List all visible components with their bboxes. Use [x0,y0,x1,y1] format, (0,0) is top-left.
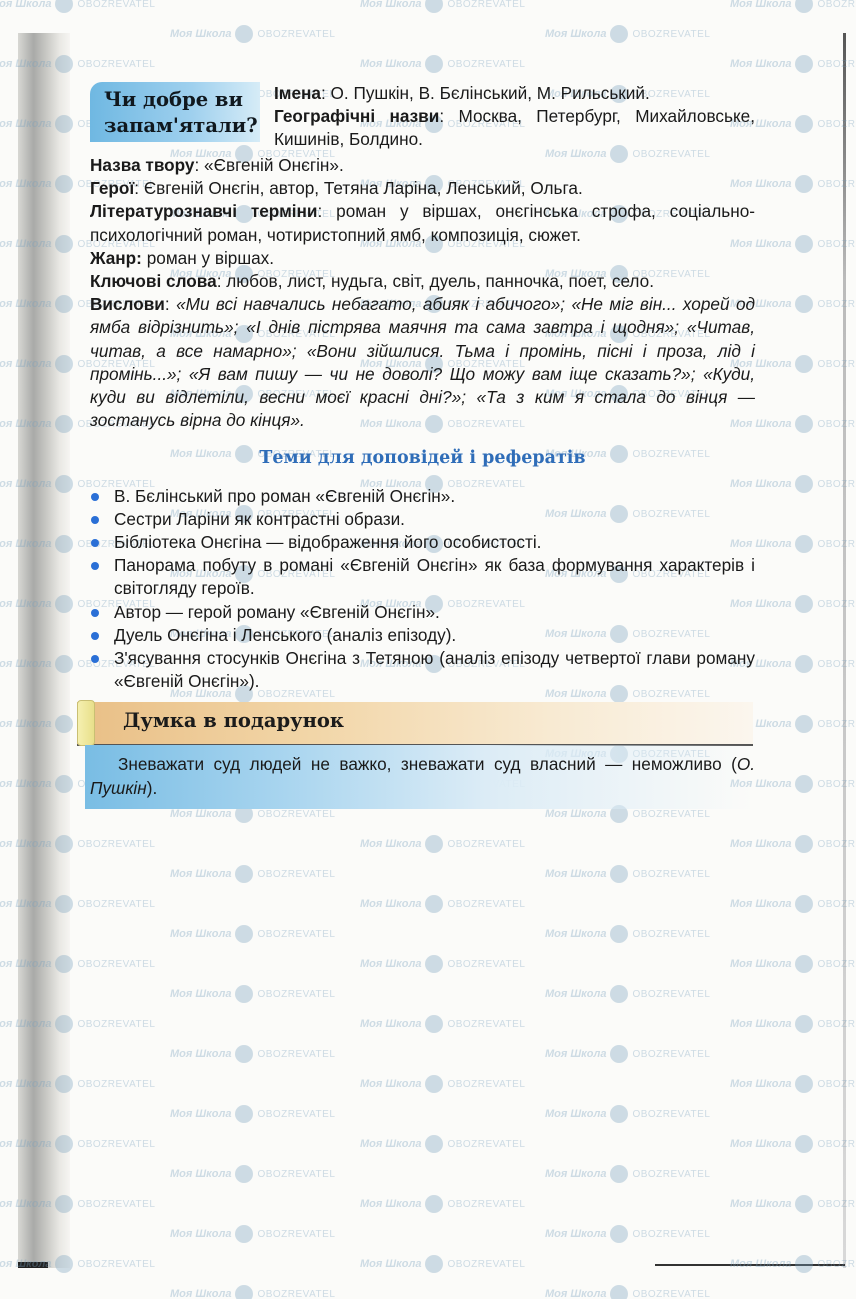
watermark: Моя ШколаOBOZREVATEL [730,0,856,13]
watermark: Моя ШколаOBOZREVATEL [170,1225,335,1243]
watermark-logo-icon [425,1135,443,1153]
watermark: Моя ШколаOBOZREVATEL [545,1045,710,1063]
watermark: Моя ШколаOBOZREVATEL [730,1195,856,1213]
watermark-logo-icon [795,655,813,673]
watermark-logo-icon [610,1165,628,1183]
watermark-logo-icon [235,1165,253,1183]
watermark-logo-icon [795,1135,813,1153]
watermark-logo-icon [795,55,813,73]
work-value: : «Євгеній Онєгін». [194,155,343,175]
page-bottom-line [655,1264,845,1266]
recall-title-line1: Чи добре ви [104,87,274,113]
topic-item: З'ясування стосунків Онєгіна з Тетяною (… [90,647,755,693]
watermark: Моя ШколаOBOZREVATEL [545,1165,710,1183]
topic-item: Сестри Ларіни як контрастні образи. [90,508,755,531]
watermark-logo-icon [425,1255,443,1273]
watermark-logo-icon [795,835,813,853]
page-content: Чи добре ви запам'ятали? Імена: О. Пушкі… [90,82,755,693]
watermark: Моя ШколаOBOZREVATEL [170,925,335,943]
watermark: Моя ШколаOBOZREVATEL [545,25,710,43]
topic-item: В. Бєлінський про роман «Євгеній Онєгін»… [90,485,755,508]
watermark-logo-icon [425,0,443,13]
bullet-icon [91,562,99,570]
watermark-logo-icon [795,1195,813,1213]
page-right-edge [843,33,846,1268]
watermark-logo-icon [610,865,628,883]
names-line: Імена: О. Пушкін, В. Бєлінський, М. Риль… [274,82,755,105]
watermark-logo-icon [610,1105,628,1123]
watermark-logo-icon [795,775,813,793]
watermark-logo-icon [610,25,628,43]
watermark: Моя ШколаOBOZREVATEL [170,1105,335,1123]
watermark-logo-icon [795,235,813,253]
keywords-label: Ключові слова [90,271,217,291]
watermark: Моя ШколаOBOZREVATEL [730,1015,856,1033]
watermark: Моя ШколаOBOZREVATEL [360,1255,525,1273]
watermark: Моя ШколаOBOZREVATEL [730,835,856,853]
bullet-icon [91,539,99,547]
watermark: Моя ШколаOBOZREVATEL [360,1075,525,1093]
topic-text: Бібліотека Онєгіна — відображення його о… [114,532,541,552]
watermark: Моя ШколаOBOZREVATEL [360,0,525,13]
recall-names-geo: Імена: О. Пушкін, В. Бєлінський, М. Риль… [274,82,755,152]
topic-item: Автор — герой роману «Євгеній Онєгін». [90,601,755,624]
recall-section: Чи добре ви запам'ятали? Імена: О. Пушкі… [90,82,755,154]
bullet-icon [91,516,99,524]
watermark-logo-icon [795,475,813,493]
watermark-logo-icon [795,1075,813,1093]
gift-quote: Зневажати суд людей не важко, зневажати … [90,753,755,800]
topic-text: Панорама побуту в романі «Євгеній Онєгін… [114,555,755,598]
work-line: Назва твору: «Євгеній Онєгін». [90,154,755,177]
bullet-icon [91,632,99,640]
watermark-logo-icon [425,1075,443,1093]
geo-label: Географічні назви [274,106,439,126]
topic-item: Дуель Онєгіна і Ленського (аналіз епізод… [90,624,755,647]
terms-label: Літературознавчі терміни [90,201,318,221]
watermark-logo-icon [610,925,628,943]
watermark-logo-icon [235,25,253,43]
watermark: Моя ШколаOBOZREVATEL [545,985,710,1003]
topic-item: Панорама побуту в романі «Євгеній Онєгін… [90,554,755,600]
scroll-icon [77,700,95,746]
genre-line: Жанр: роман у віршах. [90,247,755,270]
keywords-value: : любов, лист, нудьга, світ, дуель, панн… [217,271,654,291]
gift-quote-end: ). [147,778,158,798]
watermark: Моя ШколаOBOZREVATEL [360,835,525,853]
watermark-logo-icon [610,1225,628,1243]
terms-line: Літературознавчі терміни: роман у віршах… [90,200,755,246]
bullet-icon [91,609,99,617]
watermark-logo-icon [235,865,253,883]
watermark: Моя ШколаOBOZREVATEL [730,1075,856,1093]
watermark: Моя ШколаOBOZREVATEL [360,1195,525,1213]
watermark-logo-icon [235,1225,253,1243]
topic-text: Дуель Онєгіна і Ленського (аналіз епізод… [114,625,456,645]
watermark-logo-icon [795,0,813,13]
watermark-logo-icon [425,55,443,73]
watermark-logo-icon [795,175,813,193]
gift-quote-text: Зневажати суд людей не важко, зневажати … [118,754,737,774]
watermark-logo-icon [235,1105,253,1123]
watermark: Моя ШколаOBOZREVATEL [730,1135,856,1153]
watermark-logo-icon [795,295,813,313]
bullet-icon [91,493,99,501]
work-label: Назва твору [90,155,194,175]
quotes-separator: : [165,294,176,314]
watermark: Моя ШколаOBOZREVATEL [730,895,856,913]
watermark-logo-icon [795,895,813,913]
watermark: Моя ШколаOBOZREVATEL [545,1105,710,1123]
watermark-logo-icon [235,1285,253,1299]
topic-text: Сестри Ларіни як контрастні образи. [114,509,405,529]
watermark: Моя ШколаOBOZREVATEL [170,1045,335,1063]
watermark-logo-icon [795,415,813,433]
watermark: Моя ШколаOBOZREVATEL [545,1285,710,1299]
recall-title: Чи добре ви запам'ятали? [104,87,274,139]
watermark-logo-icon [795,535,813,553]
gift-title: Думка в подарунок [123,709,344,732]
heroes-line: Герої: Євгеній Онєгін, автор, Тетяна Лар… [90,177,755,200]
keywords-line: Ключові слова: любов, лист, нудьга, світ… [90,270,755,293]
watermark-logo-icon [610,1045,628,1063]
watermark-logo-icon [795,955,813,973]
watermark-logo-icon [795,115,813,133]
watermark-logo-icon [55,0,73,13]
spine-bottom-edge [18,1262,48,1268]
watermark: Моя ШколаOBOZREVATEL [730,955,856,973]
watermark: Моя ШколаOBOZREVATEL [545,865,710,883]
names-value: : О. Пушкін, В. Бєлінський, М. Рильський… [321,83,650,103]
recall-title-line2: запам'ятали? [104,113,274,139]
geo-line: Географічні назви: Москва, Петербург, Ми… [274,105,755,151]
watermark: Моя ШколаOBOZREVATEL [170,1285,335,1299]
topic-item: Бібліотека Онєгіна — відображення його о… [90,531,755,554]
topic-text: Автор — герой роману «Євгеній Онєгін». [114,602,440,622]
bullet-icon [91,655,99,663]
watermark-logo-icon [795,715,813,733]
watermark-logo-icon [235,1045,253,1063]
genre-label: Жанр: [90,248,142,268]
watermark: Моя ШколаOBOZREVATEL [360,955,525,973]
watermark: Моя ШколаOBOZREVATEL [170,25,335,43]
watermark-logo-icon [425,1015,443,1033]
topic-text: В. Бєлінський про роман «Євгеній Онєгін»… [114,486,455,506]
watermark: Моя ШколаOBOZREVATEL [170,865,335,883]
watermark: Моя ШколаOBOZREVATEL [730,55,856,73]
watermark: Моя ШколаOBOZREVATEL [360,1015,525,1033]
watermark-logo-icon [610,985,628,1003]
watermark: Моя ШколаOBOZREVATEL [545,925,710,943]
watermark-logo-icon [795,595,813,613]
watermark: Моя ШколаOBOZREVATEL [170,985,335,1003]
topics-heading: Теми для доповідей і рефератів [90,447,755,470]
watermark-logo-icon [425,955,443,973]
watermark-logo-icon [425,895,443,913]
names-label: Імена [274,83,321,103]
watermark: Моя ШколаOBOZREVATEL [170,1165,335,1183]
topics-list: В. Бєлінський про роман «Євгеній Онєгін»… [90,485,755,694]
quotes-line: Вислови: «Ми всі навчались небагато, аби… [90,293,755,432]
watermark-logo-icon [610,1285,628,1299]
watermark: Моя ШколаOBOZREVATEL [360,55,525,73]
quotes-label: Вислови [90,294,165,314]
watermark-logo-icon [425,1195,443,1213]
gift-banner: Думка в подарунок [77,702,753,746]
watermark-logo-icon [235,925,253,943]
watermark: Моя ШколаOBOZREVATEL [360,1135,525,1153]
heroes-value: : Євгеній Онєгін, автор, Тетяна Ларіна, … [134,178,582,198]
watermark: Моя ШколаOBOZREVATEL [360,895,525,913]
watermark-logo-icon [795,1015,813,1033]
watermark: Моя ШколаOBOZREVATEL [0,0,155,13]
watermark-logo-icon [235,985,253,1003]
watermark-logo-icon [795,355,813,373]
watermark-logo-icon [425,835,443,853]
heroes-label: Герої [90,178,134,198]
quotes-value: «Ми всі навчались небагато, абияк і абич… [90,294,755,430]
genre-value: роман у віршах. [142,248,274,268]
book-spine-shadow [18,33,70,1268]
watermark: Моя ШколаOBOZREVATEL [545,1225,710,1243]
topic-text: З'ясування стосунків Онєгіна з Тетяною (… [114,648,755,691]
